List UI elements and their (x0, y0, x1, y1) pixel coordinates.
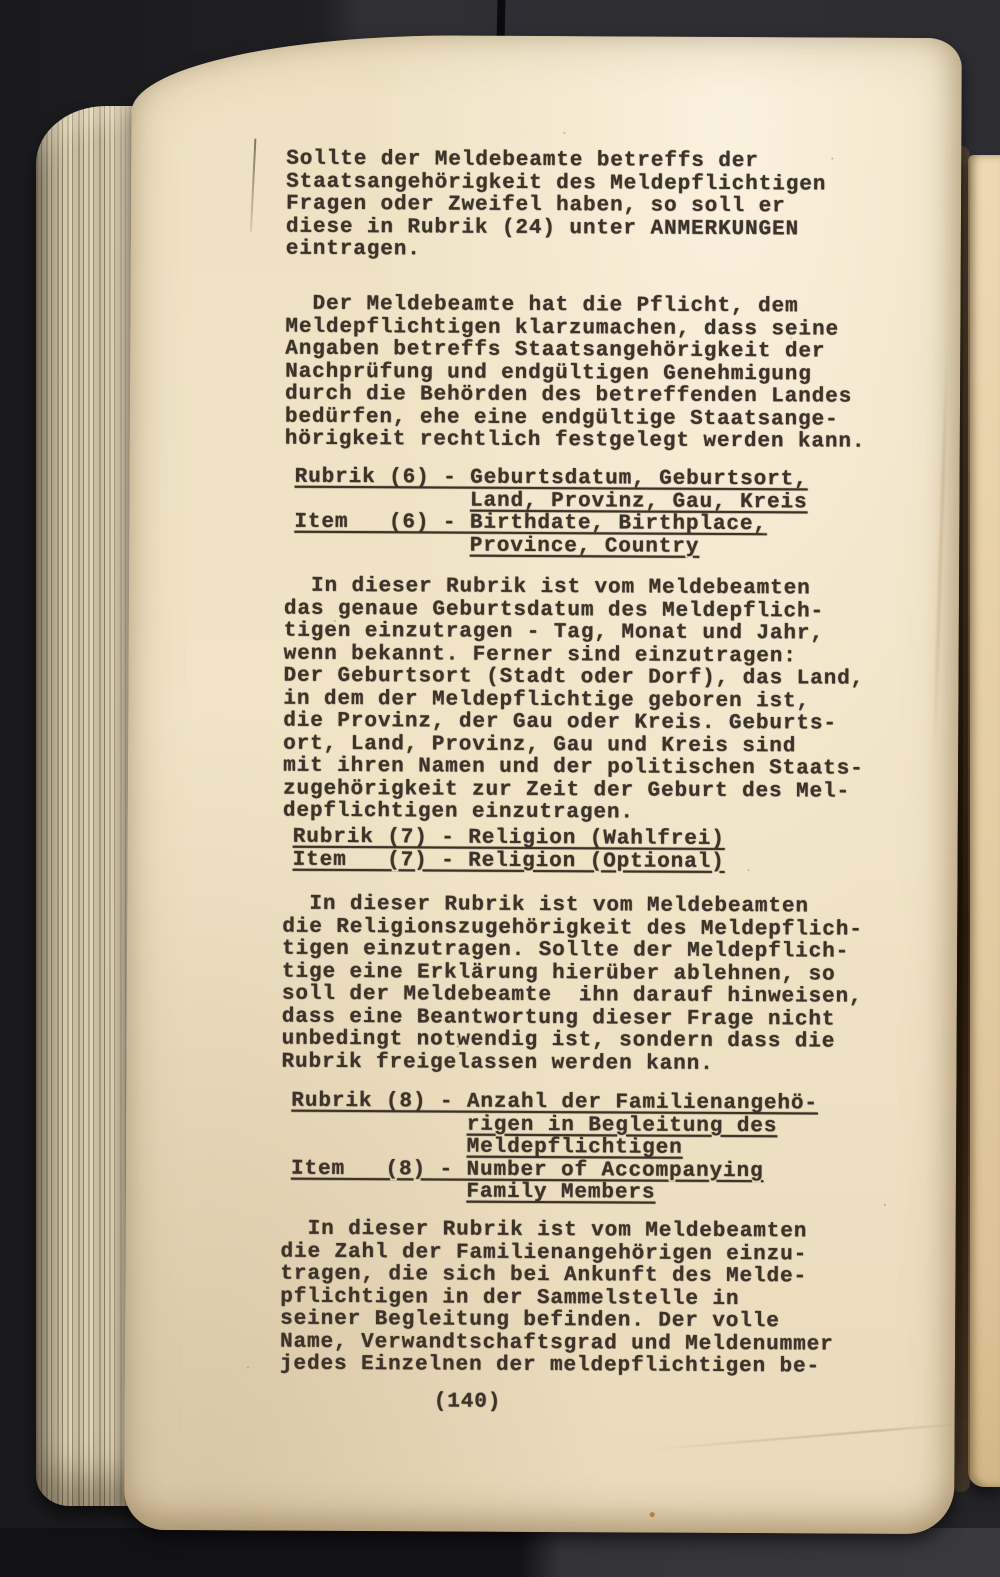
heading-rubrik-item-7: Rubrik (7) - Religion (Wahlfrei)Item (7)… (293, 827, 725, 874)
scanned-document-page: Sollte der Meldebeamte betreffs der Staa… (124, 34, 962, 1534)
next-page-edge (968, 155, 1000, 1487)
paper-crease-diagonal (645, 1422, 974, 1451)
book-page-edge-stack (36, 106, 136, 1506)
heading-rubrik-item-8: Rubrik (8) - Anzahl der Familienangehö- … (291, 1091, 818, 1206)
paper-speckles (132, 34, 134, 36)
heading-rubrik-item-6: Rubrik (6) - Geburtsdatum, Geburtsort, L… (294, 467, 808, 560)
paragraph-item6-details: In dieser Rubrik ist vom Meldebeamten da… (283, 576, 865, 827)
paragraph-item8-details: In dieser Rubrik ist vom Meldebeamten di… (280, 1219, 834, 1379)
paper-crease-vertical (932, 338, 949, 768)
page-number: (140) (434, 1391, 502, 1414)
paragraph-official-duty: Der Meldebeamte hat die Pflicht, dem Mel… (285, 294, 866, 455)
stray-pen-mark (250, 138, 257, 232)
paragraph-item7-details: In dieser Rubrik ist vom Meldebeamten di… (281, 894, 863, 1077)
table-surface-shadow (0, 1528, 1000, 1577)
book-scan-stage: Sollte der Meldebeamte betreffs der Staa… (0, 0, 1000, 1577)
paragraph-citizenship-note: Sollte der Meldebeamte betreffs der Staa… (286, 149, 827, 264)
